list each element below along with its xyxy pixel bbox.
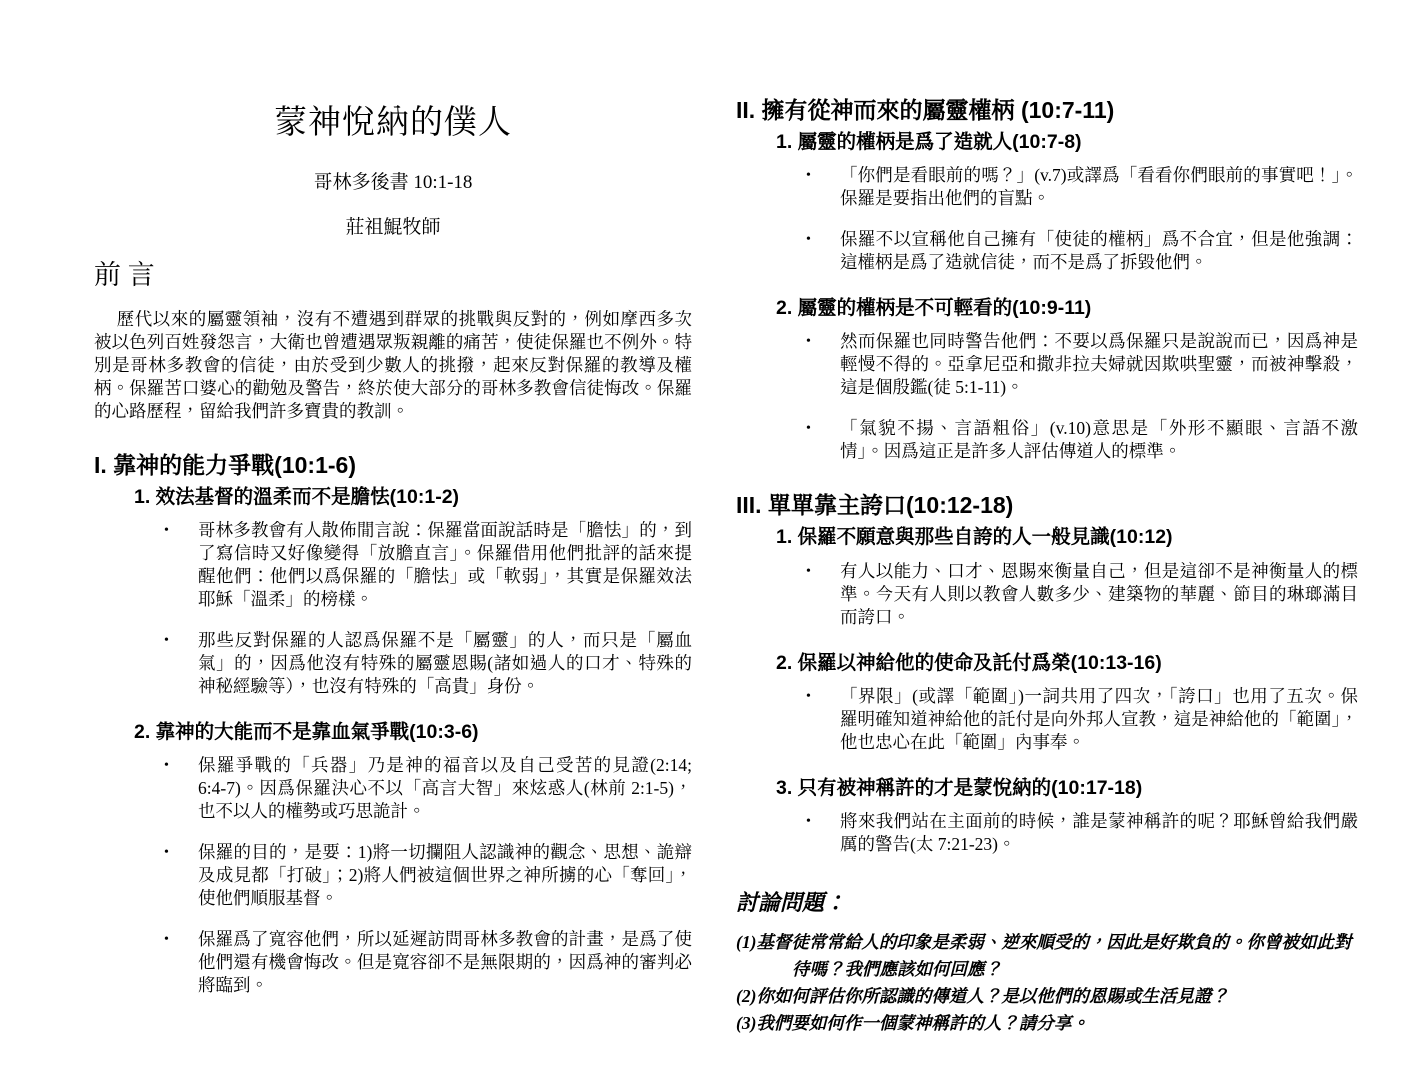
bullet-item: • 「氣貌不揚、言語粗俗」(v.10)意思是「外形不顯眼、言語不激情」。因爲這正…	[806, 417, 1358, 463]
subsection-1-2: 2. 靠神的大能而不是靠血氣爭戰(10:3-6) • 保羅爭戰的「兵器」乃是神的…	[94, 720, 692, 997]
bullet-list: • 「界限」(或譯「範圍」)一詞共用了四次，「誇口」也用了五次。保羅明確知道神給…	[736, 685, 1358, 754]
bullet-list: • 然而保羅也同時警告他們：不要以爲保羅只是說說而已，因爲神是輕慢不得的。亞拿尼…	[736, 330, 1358, 463]
bullet-text: 「你們是看眼前的嗎？」(v.7)或譯爲「看看你們眼前的事實吧！」。保羅是要指出他…	[840, 164, 1358, 210]
discussion-question-2: (2)你如何評估你所認識的傳道人？是以他們的恩賜或生活見證？	[736, 983, 1358, 1010]
bullet-icon: •	[806, 685, 840, 754]
preface-heading: 前 言	[94, 253, 692, 292]
discussion-heading: 討論問題：	[736, 886, 1358, 917]
discussion-question-3: (3)我們要如何作一個蒙神稱許的人？請分享。	[736, 1010, 1358, 1037]
bullet-item: • 「界限」(或譯「範圍」)一詞共用了四次，「誇口」也用了五次。保羅明確知道神給…	[806, 685, 1358, 754]
title-block: 蒙神悅納的僕人 哥林多後書 10:1-18 莊祖鯤牧師	[94, 96, 692, 239]
section-1: I. 靠神的能力爭戰(10:1-6) 1. 效法基督的溫柔而不是膽怯(10:1-…	[94, 451, 692, 997]
bullet-text: 然而保羅也同時警告他們：不要以爲保羅只是說說而已，因爲神是輕慢不得的。亞拿尼亞和…	[840, 330, 1358, 399]
subsection-3-1: 1. 保羅不願意與那些自誇的人一般見識(10:12) • 有人以能力、口才、恩賜…	[736, 525, 1358, 628]
bullet-item: • 有人以能力、口才、恩賜來衡量自己，但是這卻不是神衡量人的標準。今天有人則以教…	[806, 560, 1358, 629]
bullet-text: 那些反對保羅的人認爲保羅不是「屬靈」的人，而只是「屬血氣」的，因爲他沒有特殊的屬…	[198, 629, 692, 698]
bullet-icon: •	[806, 164, 840, 210]
bullet-list: • 保羅爭戰的「兵器」乃是神的福音以及自己受苦的見證(2:14; 6:4-7)。…	[94, 754, 692, 997]
subsection-3-1-heading: 1. 保羅不願意與那些自誇的人一般見識(10:12)	[736, 525, 1358, 550]
subsection-3-2-heading: 2. 保羅以神給他的使命及託付爲榮(10:13-16)	[736, 651, 1358, 676]
subsection-2-1-heading: 1. 屬靈的權柄是爲了造就人(10:7-8)	[736, 130, 1358, 155]
bullet-icon: •	[164, 629, 198, 698]
section-3-heading: III. 單單靠主誇口(10:12-18)	[736, 491, 1358, 520]
discussion-section: 討論問題： (1)基督徒常常給人的印象是柔弱、逆來順受的，因此是好欺負的。你曾被…	[736, 886, 1358, 1037]
subsection-1-2-heading: 2. 靠神的大能而不是靠血氣爭戰(10:3-6)	[94, 720, 692, 745]
bullet-icon: •	[164, 928, 198, 997]
section-1-heading: I. 靠神的能力爭戰(10:1-6)	[94, 451, 692, 480]
bullet-text: 保羅的目的，是要：1)將一切攔阻人認識神的觀念、思想、詭辯及成見都「打破」；2)…	[198, 841, 692, 910]
section-2: II. 擁有從神而來的屬靈權柄 (10:7-11) 1. 屬靈的權柄是爲了造就人…	[736, 96, 1358, 463]
bullet-item: • 那些反對保羅的人認爲保羅不是「屬靈」的人，而只是「屬血氣」的，因爲他沒有特殊…	[164, 629, 692, 698]
bullet-text: 有人以能力、口才、恩賜來衡量自己，但是這卻不是神衡量人的標準。今天有人則以教會人…	[840, 560, 1358, 629]
bullet-list: • 有人以能力、口才、恩賜來衡量自己，但是這卻不是神衡量人的標準。今天有人則以教…	[736, 560, 1358, 629]
right-column: II. 擁有從神而來的屬靈權柄 (10:7-11) 1. 屬靈的權柄是爲了造就人…	[736, 96, 1358, 1058]
subsection-1-1-heading: 1. 效法基督的溫柔而不是膽怯(10:1-2)	[94, 485, 692, 510]
bullet-item: • 保羅不以宣稱他自己擁有「使徒的權柄」爲不合宜，但是他強調：這權柄是爲了造就信…	[806, 228, 1358, 274]
bullet-text: 保羅不以宣稱他自己擁有「使徒的權柄」爲不合宜，但是他強調：這權柄是爲了造就信徒，…	[840, 228, 1358, 274]
bullet-icon: •	[806, 330, 840, 399]
subsection-1-1: 1. 效法基督的溫柔而不是膽怯(10:1-2) • 哥林多教會有人散佈閒言說：保…	[94, 485, 692, 698]
subsection-2-2: 2. 屬靈的權柄是不可輕看的(10:9-11) • 然而保羅也同時警告他們：不要…	[736, 296, 1358, 463]
bullet-icon: •	[806, 810, 840, 856]
bullet-text: 將來我們站在主面前的時候，誰是蒙神稱許的呢？耶穌曾給我們嚴厲的警告(太 7:21…	[840, 810, 1358, 856]
author-name: 莊祖鯤牧師	[94, 212, 692, 239]
bullet-icon: •	[806, 228, 840, 274]
document-page: 蒙神悅納的僕人 哥林多後書 10:1-18 莊祖鯤牧師 前 言 歷代以來的屬靈領…	[0, 0, 1408, 1088]
bullet-text: 哥林多教會有人散佈閒言說：保羅當面說話時是「膽怯」的，到了寫信時又好像變得「放膽…	[198, 519, 692, 611]
bullet-text: 保羅爲了寬容他們，所以延遲訪問哥林多教會的計畫，是爲了使他們還有機會悔改。但是寬…	[198, 928, 692, 997]
bullet-text: 「氣貌不揚、言語粗俗」(v.10)意思是「外形不顯眼、言語不激情」。因爲這正是許…	[840, 417, 1358, 463]
subsection-3-2: 2. 保羅以神給他的使命及託付爲榮(10:13-16) • 「界限」(或譯「範圍…	[736, 651, 1358, 754]
bullet-list: • 哥林多教會有人散佈閒言說：保羅當面說話時是「膽怯」的，到了寫信時又好像變得「…	[94, 519, 692, 698]
bullet-item: • 保羅爲了寬容他們，所以延遲訪問哥林多教會的計畫，是爲了使他們還有機會悔改。但…	[164, 928, 692, 997]
subsection-3-3-heading: 3. 只有被神稱許的才是蒙悅納的(10:17-18)	[736, 776, 1358, 801]
bullet-item: • 然而保羅也同時警告他們：不要以爲保羅只是說說而已，因爲神是輕慢不得的。亞拿尼…	[806, 330, 1358, 399]
bullet-item: • 哥林多教會有人散佈閒言說：保羅當面說話時是「膽怯」的，到了寫信時又好像變得「…	[164, 519, 692, 611]
bullet-list: • 「你們是看眼前的嗎？」(v.7)或譯爲「看看你們眼前的事實吧！」。保羅是要指…	[736, 164, 1358, 274]
bullet-item: • 將來我們站在主面前的時候，誰是蒙神稱許的呢？耶穌曾給我們嚴厲的警告(太 7:…	[806, 810, 1358, 856]
preface-paragraph: 歷代以來的屬靈領袖，沒有不遭遇到群眾的挑戰與反對的，例如摩西多次被以色列百姓發怨…	[94, 308, 692, 423]
left-column: 蒙神悅納的僕人 哥林多後書 10:1-18 莊祖鯤牧師 前 言 歷代以來的屬靈領…	[94, 96, 692, 1058]
bullet-item: • 保羅的目的，是要：1)將一切攔阻人認識神的觀念、思想、詭辯及成見都「打破」；…	[164, 841, 692, 910]
discussion-question-1: (1)基督徒常常給人的印象是柔弱、逆來順受的，因此是好欺負的。你曾被如此對待嗎？…	[736, 929, 1358, 983]
section-2-heading: II. 擁有從神而來的屬靈權柄 (10:7-11)	[736, 96, 1358, 125]
subsection-2-2-heading: 2. 屬靈的權柄是不可輕看的(10:9-11)	[736, 296, 1358, 321]
subsection-2-1: 1. 屬靈的權柄是爲了造就人(10:7-8) • 「你們是看眼前的嗎？」(v.7…	[736, 130, 1358, 274]
bullet-icon: •	[806, 417, 840, 463]
bullet-icon: •	[164, 841, 198, 910]
bullet-icon: •	[164, 519, 198, 611]
subsection-3-3: 3. 只有被神稱許的才是蒙悅納的(10:17-18) • 將來我們站在主面前的時…	[736, 776, 1358, 856]
bullet-text: 保羅爭戰的「兵器」乃是神的福音以及自己受苦的見證(2:14; 6:4-7)。因爲…	[198, 754, 692, 823]
section-3: III. 單單靠主誇口(10:12-18) 1. 保羅不願意與那些自誇的人一般見…	[736, 491, 1358, 856]
bullet-icon: •	[164, 754, 198, 823]
bullet-icon: •	[806, 560, 840, 629]
document-title: 蒙神悅納的僕人	[94, 96, 692, 143]
scripture-reference: 哥林多後書 10:1-18	[94, 167, 692, 194]
bullet-text: 「界限」(或譯「範圍」)一詞共用了四次，「誇口」也用了五次。保羅明確知道神給他的…	[840, 685, 1358, 754]
bullet-list: • 將來我們站在主面前的時候，誰是蒙神稱許的呢？耶穌曾給我們嚴厲的警告(太 7:…	[736, 810, 1358, 856]
bullet-item: • 保羅爭戰的「兵器」乃是神的福音以及自己受苦的見證(2:14; 6:4-7)。…	[164, 754, 692, 823]
bullet-item: • 「你們是看眼前的嗎？」(v.7)或譯爲「看看你們眼前的事實吧！」。保羅是要指…	[806, 164, 1358, 210]
